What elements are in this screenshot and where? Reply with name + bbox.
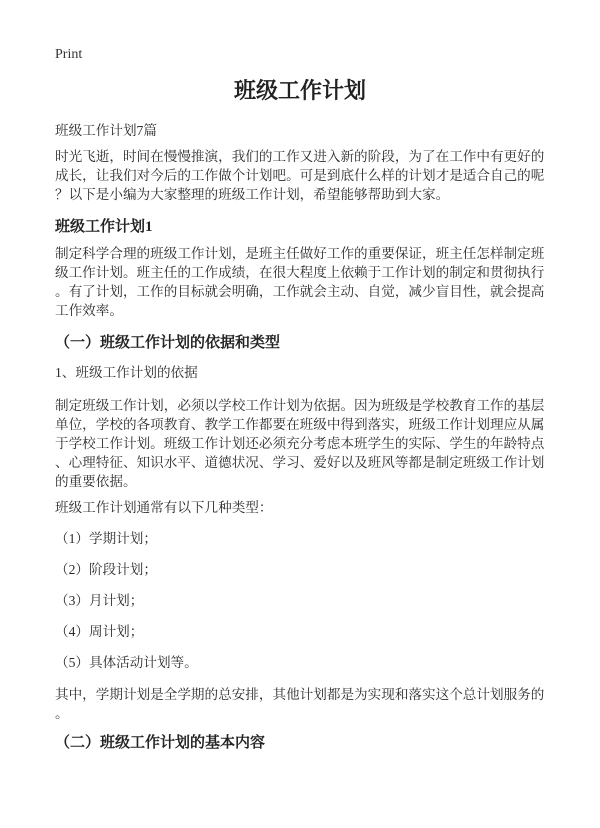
- intro-paragraph: 时光飞逝，时间在慢慢推演，我们的工作又进入新的阶段，为了在工作中有更好的成长，让…: [55, 147, 545, 204]
- subsection1-heading: （一）班级工作计划的依据和类型: [55, 333, 545, 353]
- subsection2-heading: （二）班级工作计划的基本内容: [55, 733, 545, 753]
- list-item-2: （2）阶段计划；: [55, 560, 545, 579]
- print-link[interactable]: Print: [55, 46, 545, 64]
- point1-text: 制定班级工作计划，必须以学校工作计划为依据。因为班级是学校教育工作的基层单位，学…: [55, 396, 545, 491]
- list-item-3: （3）月计划；: [55, 591, 545, 610]
- section1-paragraph: 制定科学合理的班级工作计划，是班主任做好工作的重要保证，班主任怎样制定班级工作计…: [55, 244, 545, 320]
- list-item-1: （1）学期计划；: [55, 529, 545, 548]
- page-title: 班级工作计划: [55, 77, 545, 105]
- point1-title: 1、班级工作计划的依据: [55, 363, 545, 382]
- list-item-5: （5）具体活动计划等。: [55, 653, 545, 672]
- section1-heading: 班级工作计划1: [55, 217, 545, 237]
- doc-subtitle: 班级工作计划7篇: [55, 121, 545, 140]
- list-item-4: （4）周计划；: [55, 622, 545, 641]
- document-page: Print 班级工作计划 班级工作计划7篇 时光飞逝，时间在慢慢推演，我们的工作…: [0, 0, 600, 828]
- types-intro: 班级工作计划通常有以下几种类型：: [55, 498, 545, 517]
- types-note: 其中，学期计划是全学期的总安排，其他计划都是为实现和落实这个总计划服务的。: [55, 685, 545, 723]
